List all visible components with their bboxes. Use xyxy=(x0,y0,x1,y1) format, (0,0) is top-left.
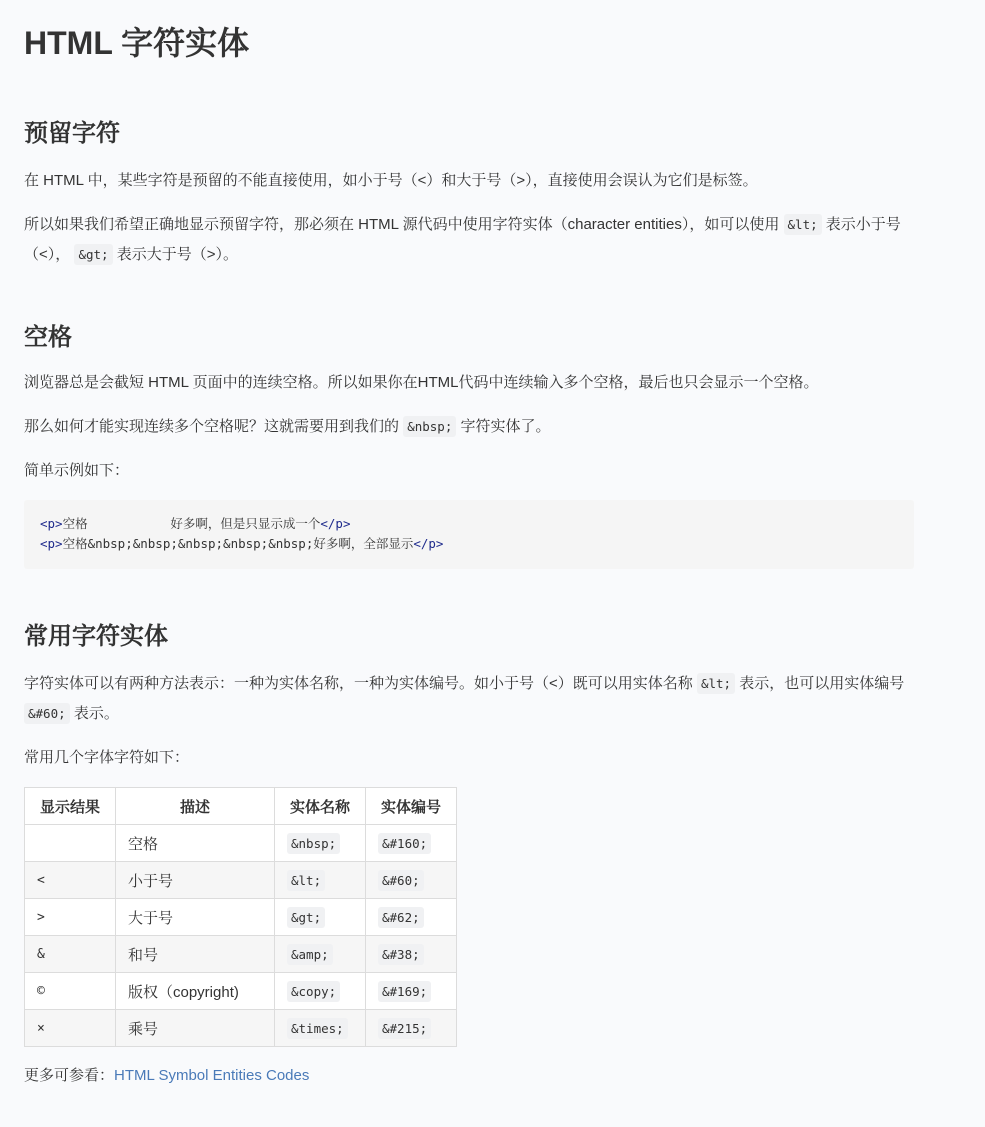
text: 表示，也可以用实体编号 xyxy=(739,675,904,692)
code-tag: </p> xyxy=(320,516,350,531)
code-tag: <p> xyxy=(40,536,63,551)
cell-entity-name: &gt; xyxy=(275,899,366,936)
inline-code: &times; xyxy=(287,1018,348,1039)
inline-code: &#60; xyxy=(378,870,424,891)
cell-description: 版权（copyright) xyxy=(116,973,275,1010)
code-text: 空格&nbsp;&nbsp;&nbsp;&nbsp;&nbsp;好多啊，全部显示 xyxy=(63,536,414,551)
text: 字符实体了。 xyxy=(461,418,551,435)
cell-entity-number: &#62; xyxy=(366,899,457,936)
inline-code: &#169; xyxy=(378,981,431,1002)
text: 那么如何才能实现连续多个空格呢？这就需要用到我们的 xyxy=(24,418,399,435)
text: 表示。 xyxy=(74,705,119,722)
space-paragraph-2: 那么如何才能实现连续多个空格呢？这就需要用到我们的 &nbsp; 字符实体了。 xyxy=(24,412,914,442)
cell-result: < xyxy=(25,862,116,899)
more-label: 更多可参看： xyxy=(24,1067,114,1084)
cell-entity-number: &#160; xyxy=(366,825,457,862)
section-heading-space: 空格 xyxy=(24,322,914,354)
inline-code: &#160; xyxy=(378,833,431,854)
inline-code: &#38; xyxy=(378,944,424,965)
header-description: 描述 xyxy=(116,788,275,825)
cell-entity-name: &amp; xyxy=(275,936,366,973)
header-entity-name: 实体名称 xyxy=(275,788,366,825)
table-row: © 版权（copyright) &copy; &#169; xyxy=(25,973,457,1010)
text: 所以如果我们希望正确地显示预留字符，那必须在 HTML 源代码中使用字符实体（c… xyxy=(24,216,779,233)
cell-description: 乘号 xyxy=(116,1010,275,1047)
table-row: > 大于号 &gt; &#62; xyxy=(25,899,457,936)
cell-entity-name: &nbsp; xyxy=(275,825,366,862)
inline-code: &copy; xyxy=(287,981,340,1002)
reserved-paragraph-2: 所以如果我们希望正确地显示预留字符，那必须在 HTML 源代码中使用字符实体（c… xyxy=(24,210,914,270)
cell-entity-name: &lt; xyxy=(275,862,366,899)
text: 字符实体可以有两种方法表示：一种为实体名称，一种为实体编号。如小于号（<）既可以… xyxy=(24,675,693,692)
inline-code-60: &#60; xyxy=(24,703,70,724)
code-tag: <p> xyxy=(40,516,63,531)
inline-code-gt: &gt; xyxy=(74,244,112,265)
table-header-row: 显示结果 描述 实体名称 实体编号 xyxy=(25,788,457,825)
header-entity-number: 实体编号 xyxy=(366,788,457,825)
inline-code: &lt; xyxy=(287,870,325,891)
cell-entity-number: &#215; xyxy=(366,1010,457,1047)
page-title: HTML 字符实体 xyxy=(24,0,914,64)
header-result: 显示结果 xyxy=(25,788,116,825)
common-paragraph-1: 字符实体可以有两种方法表示：一种为实体名称，一种为实体编号。如小于号（<）既可以… xyxy=(24,669,914,729)
inline-code-nbsp: &nbsp; xyxy=(403,416,456,437)
inline-code: &#215; xyxy=(378,1018,431,1039)
cell-entity-name: &times; xyxy=(275,1010,366,1047)
code-tag: </p> xyxy=(413,536,443,551)
section-heading-common: 常用字符实体 xyxy=(24,621,914,653)
cell-result: > xyxy=(25,899,116,936)
section-heading-reserved: 预留字符 xyxy=(24,118,914,150)
article: HTML 字符实体 预留字符 在 HTML 中，某些字符是预留的不能直接使用，如… xyxy=(0,0,938,1091)
table-row: & 和号 &amp; &#38; xyxy=(25,936,457,973)
inline-code-lt: &lt; xyxy=(784,214,822,235)
inline-code: &nbsp; xyxy=(287,833,340,854)
cell-result: × xyxy=(25,1010,116,1047)
space-paragraph-3: 简单示例如下： xyxy=(24,456,914,486)
cell-description: 大于号 xyxy=(116,899,275,936)
space-paragraph-1: 浏览器总是会截短 HTML 页面中的连续空格。所以如果你在HTML代码中连续输入… xyxy=(24,368,914,398)
entities-table: 显示结果 描述 实体名称 实体编号 空格 &nbsp; &#160; < 小于号… xyxy=(24,787,457,1047)
inline-code: &amp; xyxy=(287,944,333,965)
cell-result: & xyxy=(25,936,116,973)
cell-entity-number: &#169; xyxy=(366,973,457,1010)
inline-code: &#62; xyxy=(378,907,424,928)
code-example-block: <p>空格 好多啊，但是只显示成一个</p> <p>空格&nbsp;&nbsp;… xyxy=(24,500,914,569)
table-row: < 小于号 &lt; &#60; xyxy=(25,862,457,899)
table-row: 空格 &nbsp; &#160; xyxy=(25,825,457,862)
cell-result: © xyxy=(25,973,116,1010)
cell-entity-number: &#60; xyxy=(366,862,457,899)
table-row: × 乘号 &times; &#215; xyxy=(25,1010,457,1047)
text: 表示大于号（>）。 xyxy=(117,246,238,263)
code-text: 空格 好多啊，但是只显示成一个 xyxy=(63,516,321,531)
inline-code-lt: &lt; xyxy=(697,673,735,694)
more-reference: 更多可参看：HTML Symbol Entities Codes xyxy=(24,1061,914,1091)
cell-result xyxy=(25,825,116,862)
cell-description: 和号 xyxy=(116,936,275,973)
cell-description: 空格 xyxy=(116,825,275,862)
common-paragraph-2: 常用几个字体字符如下： xyxy=(24,743,914,773)
cell-description: 小于号 xyxy=(116,862,275,899)
cell-entity-number: &#38; xyxy=(366,936,457,973)
reserved-paragraph-1: 在 HTML 中，某些字符是预留的不能直接使用，如小于号（<）和大于号（>），直… xyxy=(24,166,914,196)
html-symbol-entities-link[interactable]: HTML Symbol Entities Codes xyxy=(114,1067,309,1084)
inline-code: &gt; xyxy=(287,907,325,928)
cell-entity-name: &copy; xyxy=(275,973,366,1010)
